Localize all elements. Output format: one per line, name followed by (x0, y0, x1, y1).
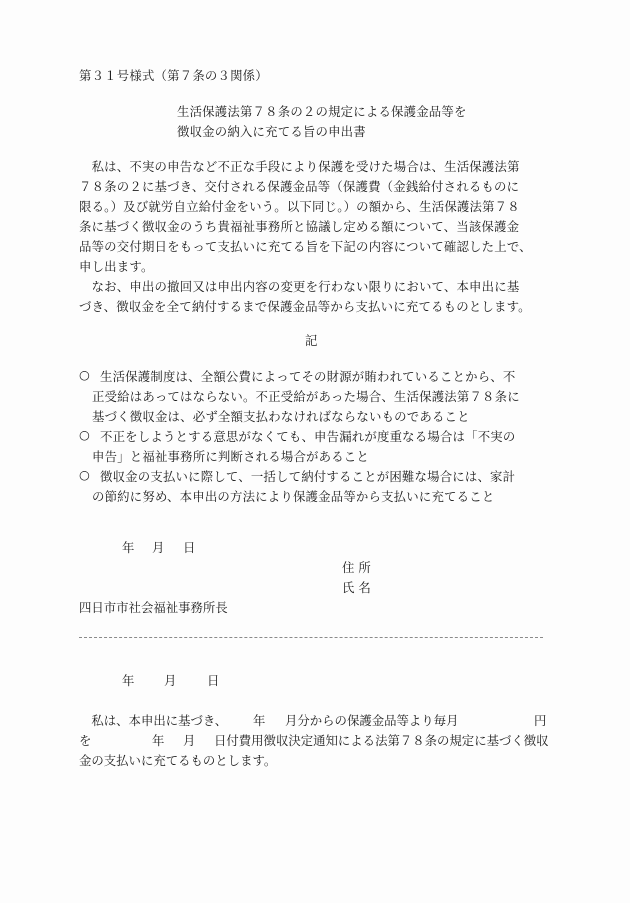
decision-line2-rest: 日付費用徴収決定通知による法第７８条の規定に基づく徴収 (214, 731, 549, 749)
decision-line1-month-text: 月分からの保護金品等より毎月 (285, 711, 458, 729)
item-2-line-2: 申告」と福祉事務所に判断される場合があること (92, 447, 369, 465)
form-number: 第３１号様式（第７条の３関係） (79, 66, 268, 84)
item-2-bullet-icon: ○ (79, 427, 90, 442)
item-3-bullet-icon: ○ (79, 467, 90, 482)
item-3-line-1: 徴収金の支払いに際して、一括して納付することが困難な場合には、家計 (100, 467, 515, 485)
signature-date-day: 日 (183, 538, 195, 556)
body-para1-line-5: 品等の交付期日をもって支払いに充てる旨を下記の内容について確認した上で、 (79, 237, 532, 255)
decision-line2-year: 年 (152, 731, 164, 749)
item-3-line-2: の節約に努め、本申出の方法により保護金品等から支払いに充てること (92, 487, 494, 505)
name-label: 氏 名 (342, 578, 371, 596)
body-para1-line-4: 条に基づく徴収金のうち貴福祉事務所と協議し定める額について、当該保護金 (79, 217, 519, 235)
ki-heading: 記 (305, 331, 318, 349)
body-para1-line-2: ７８条の２に基づき、交付される保護金品等（保護費（金銭給付されるものに (79, 177, 519, 195)
address-label: 住 所 (342, 558, 371, 576)
document-page: 第３１号様式（第７条の３関係） 生活保護法第７８条の２の規定による保護金品等を … (0, 0, 630, 903)
addressee: 四日市市社会福祉事務所長 (79, 598, 228, 616)
document-title-line-2: 徴収金の納入に充てる旨の申出書 (177, 122, 366, 140)
decision-date-year: 年 (122, 671, 134, 689)
decision-line1-year: 年 (253, 711, 265, 729)
decision-line3: 金の支払いに充てるものとします。 (79, 751, 276, 769)
document-title-line-1: 生活保護法第７８条の２の規定による保護金品等を (177, 102, 467, 120)
decision-line2-month: 月 (183, 731, 195, 749)
decision-line1-yen: 円 (534, 711, 546, 729)
item-1-bullet-icon: ○ (79, 367, 90, 382)
item-2-line-1: 不正をしようとする意思がなくても、申告漏れが度重なる場合は「不実の (100, 427, 516, 445)
body-para1-line-3: 限る。）及び就労自立給付金をいう。以下同じ。）の額から、生活保護法第７８ (79, 197, 520, 215)
item-1-line-3: 基づく徴収金は、必ず全額支払わなければならないものであること (92, 407, 470, 425)
body-para1-line-6: 申し出ます。 (79, 257, 154, 275)
body-para2-line-2: づき、徴収金を全て納付するまで保護金品等から支払いに充てるものとします。 (79, 297, 531, 315)
item-1-line-1: 生活保護制度は、全額公費によってその財源が賄われていることから、不 (100, 367, 516, 385)
cut-line-divider (79, 637, 543, 638)
decision-line2-wo: を (79, 731, 91, 749)
decision-line1-text: 私は、本申出に基づき、 (79, 711, 227, 729)
signature-date-month: 月 (152, 538, 164, 556)
body-para1-line-1: 私は、不実の申告など不正な手段により保護を受けた場合は、生活保護法第 (79, 157, 520, 175)
item-1-line-2: 正受給はあってはならない。不正受給があった場合、生活保護法第７８条に (92, 387, 520, 405)
decision-date-month: 月 (164, 671, 176, 689)
body-para2-line-1: なお、申出の撤回又は申出内容の変更を行わない限りにおいて、本申出に基 (79, 277, 519, 295)
signature-date-year: 年 (122, 538, 134, 556)
decision-date-day: 日 (207, 671, 219, 689)
